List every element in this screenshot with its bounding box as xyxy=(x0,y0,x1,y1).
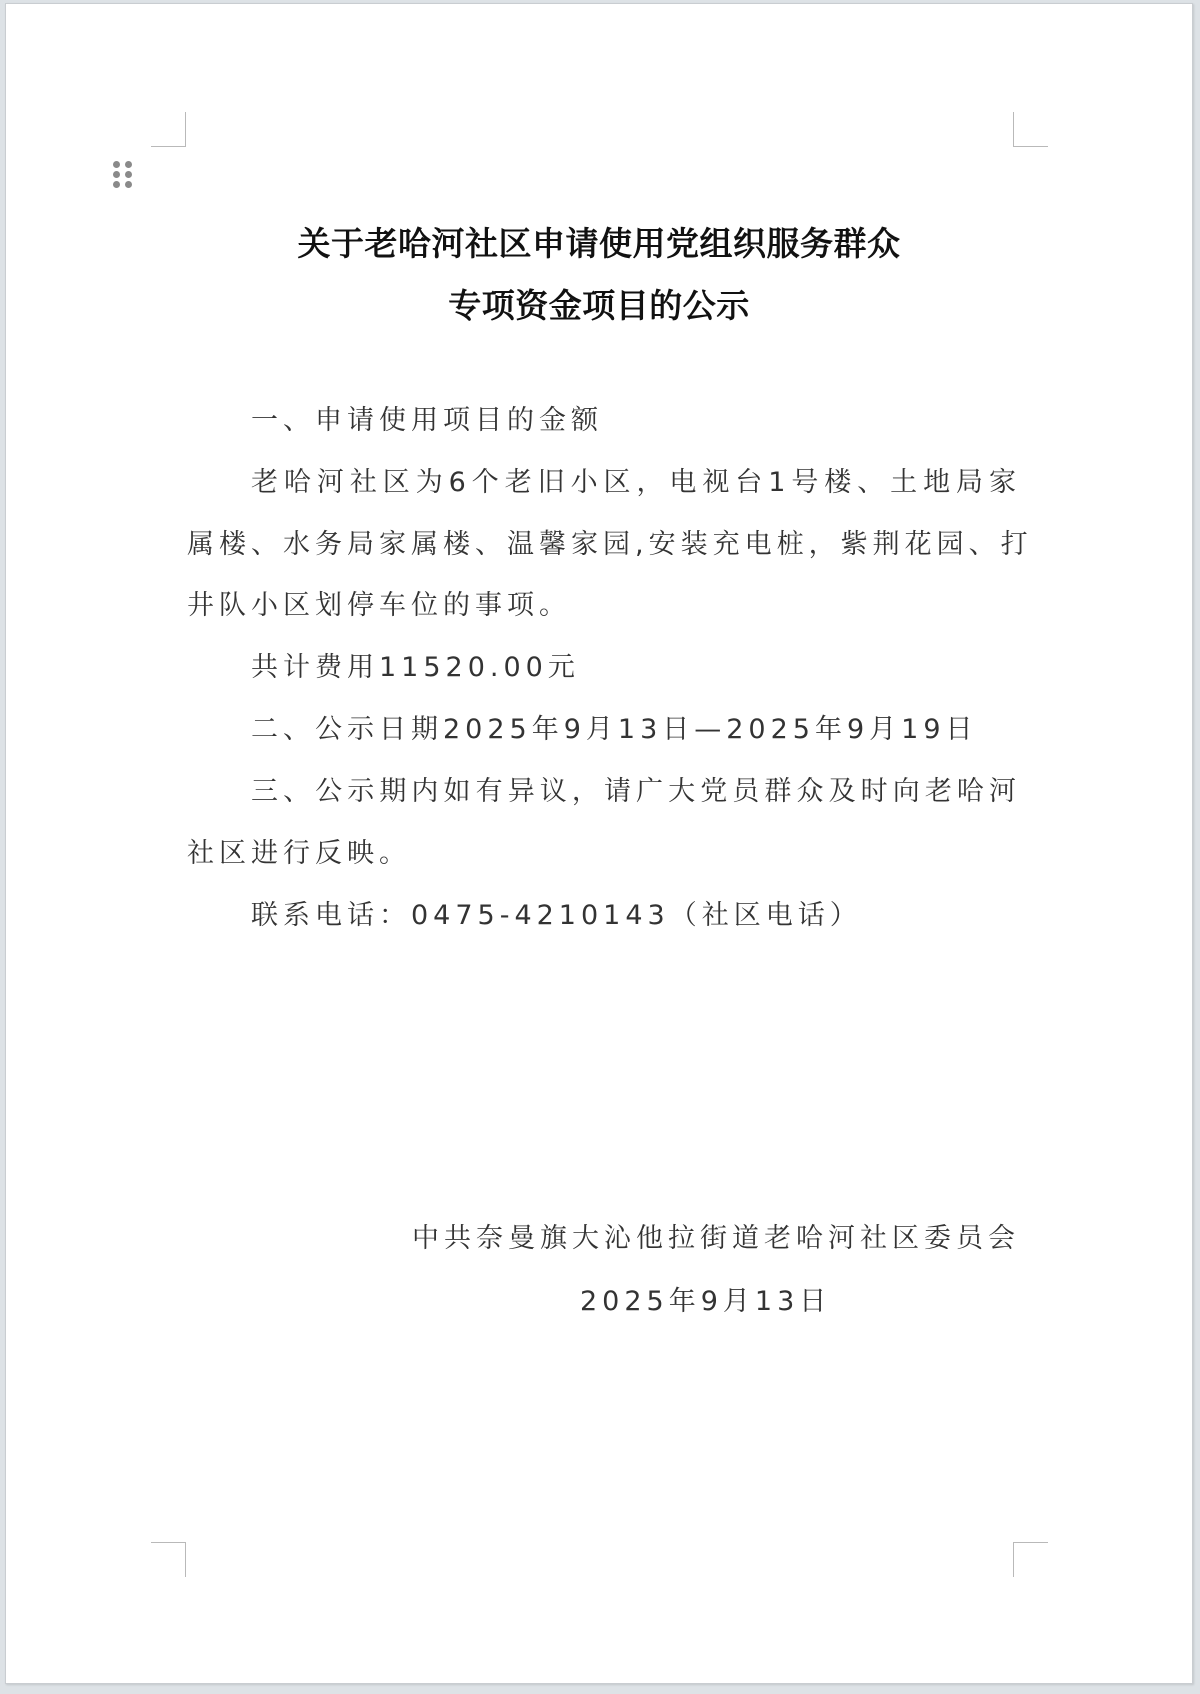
section-1-paragraph-line-1: 老哈河社区为6个老旧小区，电视台1号楼、土地局家 xyxy=(251,452,1021,514)
section-3-line-2: 社区进行反映。 xyxy=(187,823,1020,885)
section-1-paragraph-line-2: 属楼、水务局家属楼、温馨家园,安装充电桩，紫荆花园、打 xyxy=(187,514,1020,576)
drag-dot xyxy=(125,181,132,188)
total-cost: 共计费用11520.00元 xyxy=(251,637,1021,699)
drag-dot xyxy=(125,171,132,178)
margin-corner-mark-bottom-left xyxy=(151,1542,186,1577)
drag-dot xyxy=(113,161,120,168)
margin-corner-mark-top-right xyxy=(1013,112,1048,147)
section-2-publicity-dates: 二、公示日期2025年9月13日—2025年9月19日 xyxy=(251,699,1021,761)
drag-dot xyxy=(113,181,120,188)
margin-corner-mark-bottom-right xyxy=(1013,1542,1048,1577)
document-page: 关于老哈河社区申请使用党组织服务群众 专项资金项目的公示 一、申请使用项目的金额… xyxy=(5,3,1193,1684)
contact-phone: 联系电话：0475-4210143（社区电话） xyxy=(251,885,1021,947)
section-1-heading: 一、申请使用项目的金额 xyxy=(251,390,1021,452)
drag-dot xyxy=(125,161,132,168)
document-title-line-1: 关于老哈河社区申请使用党组织服务群众 xyxy=(6,218,1192,265)
signature-date: 2025年9月13日 xyxy=(580,1279,831,1318)
drag-handle-icon[interactable] xyxy=(113,161,133,193)
drag-dot xyxy=(113,171,120,178)
signature-organization: 中共奈曼旗大沁他拉街道老哈河社区委员会 xyxy=(412,1216,1020,1255)
section-1-paragraph-line-3: 井队小区划停车位的事项。 xyxy=(187,575,1020,637)
section-3-line-1: 三、公示期内如有异议，请广大党员群众及时向老哈河 xyxy=(251,761,1021,823)
margin-corner-mark-top-left xyxy=(151,112,186,147)
document-title-line-2: 专项资金项目的公示 xyxy=(6,280,1192,327)
